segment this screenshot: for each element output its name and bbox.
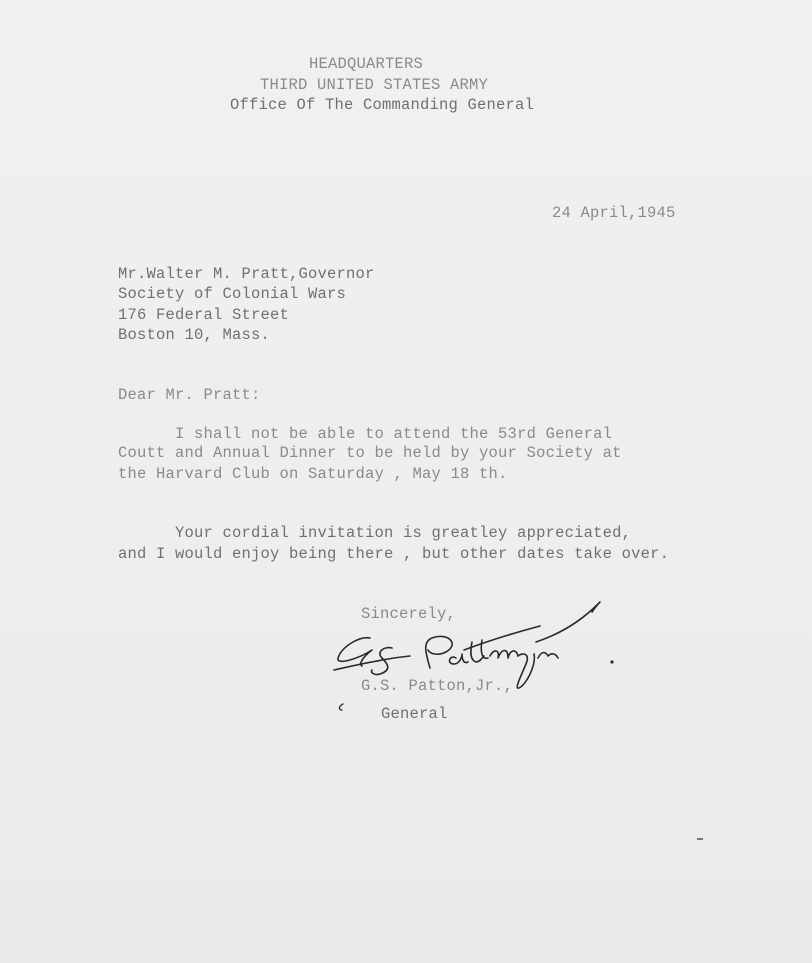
recipient-name: Mr.Walter M. Pratt,Governor [118, 264, 375, 284]
body-line: I shall not be able to attend the 53rd G… [118, 424, 612, 444]
salutation: Dear Mr. Pratt: [118, 385, 261, 405]
recipient-organization: Society of Colonial Wars [118, 284, 346, 304]
paper-speck [697, 838, 703, 840]
body-line: Coutt and Annual Dinner to be held by yo… [118, 443, 622, 463]
body-line: Your cordial invitation is greatley appr… [118, 523, 631, 543]
letterhead-headquarters: HEADQUARTERS [309, 54, 423, 74]
recipient-city: Boston 10, Mass. [118, 325, 270, 345]
signer-title: General [381, 704, 448, 724]
body-line: and I would enjoy being there , but othe… [118, 544, 669, 564]
body-line: the Harvard Club on Saturday , May 18 th… [118, 464, 508, 484]
letter-paper: HEADQUARTERS THIRD UNITED STATES ARMY Of… [0, 0, 812, 963]
typed-signer-name: G.S. Patton,Jr., [361, 676, 513, 696]
recipient-street: 176 Federal Street [118, 305, 289, 325]
letter-date: 24 April,1945 [552, 203, 676, 223]
letterhead-office: Office Of The Commanding General [230, 95, 534, 115]
letterhead-army: THIRD UNITED STATES ARMY [260, 75, 488, 95]
ink-mark [335, 700, 347, 714]
